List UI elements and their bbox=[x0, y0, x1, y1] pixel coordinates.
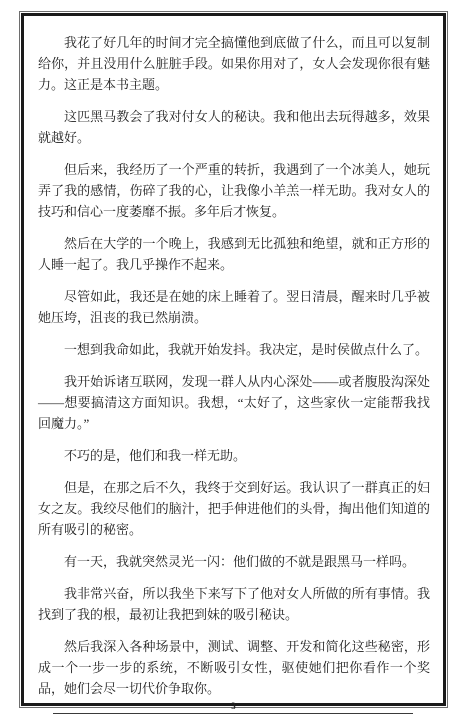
page-number: 3 bbox=[21, 701, 446, 711]
paragraph: 有一天，我就突然灵光一闪：他们做的不就是跟黑马一样吗。 bbox=[38, 551, 430, 572]
footer-rule bbox=[53, 713, 413, 714]
paragraph: 尽管如此，我还是在她的床上睡着了。翌日清晨，醒来时几乎被她压垮，沮丧的我已然崩溃… bbox=[38, 286, 430, 328]
paragraph: 这匹黑马教会了我对付女人的秘诀。我和他出去玩得越多，效果就越好。 bbox=[38, 106, 430, 148]
page-frame: 我花了好几年的时间才完全搞懂他到底做了什么，而且可以复制给你，并且没用什么脏脏手… bbox=[21, 13, 446, 706]
paragraph: 但后来，我经历了一个严重的转折，我遇到了一个冰美人，她玩弄了我的感情，伤碎了我的… bbox=[38, 159, 430, 222]
scanned-book-page: { "page": { "number": "3", "paragraphs":… bbox=[0, 0, 460, 724]
page-content: 我花了好几年的时间才完全搞懂他到底做了什么，而且可以复制给你，并且没用什么脏脏手… bbox=[24, 16, 443, 703]
paragraph: 然后我深入各种场景中，测试、调整、开发和简化这些秘密，形成一个一步一步的系统，不… bbox=[38, 636, 430, 699]
paragraph: 一想到我命如此，我就开始发抖。我决定，是时侯做点什么了。 bbox=[38, 339, 430, 360]
paragraph: 但是，在那之后不久，我终于交到好运。我认识了一群真正的妇女之友。我绞尽他们的脑汁… bbox=[38, 477, 430, 540]
paragraph: 不巧的是，他们和我一样无助。 bbox=[38, 445, 430, 466]
paragraph: 我开始诉诸互联网，发现一群人从内心深处——或者腹股沟深处——想要搞清这方面知识。… bbox=[38, 371, 430, 434]
paragraph: 我非常兴奋，所以我坐下来写下了他对女人所做的所有事情。我找到了我的根，最初让我把… bbox=[38, 583, 430, 625]
paragraph: 然后在大学的一个晚上，我感到无比孤独和绝望，就和正方形的人睡一起了。我几乎操作不… bbox=[38, 233, 430, 275]
paragraph: 我花了好几年的时间才完全搞懂他到底做了什么，而且可以复制给你，并且没用什么脏脏手… bbox=[38, 32, 430, 95]
